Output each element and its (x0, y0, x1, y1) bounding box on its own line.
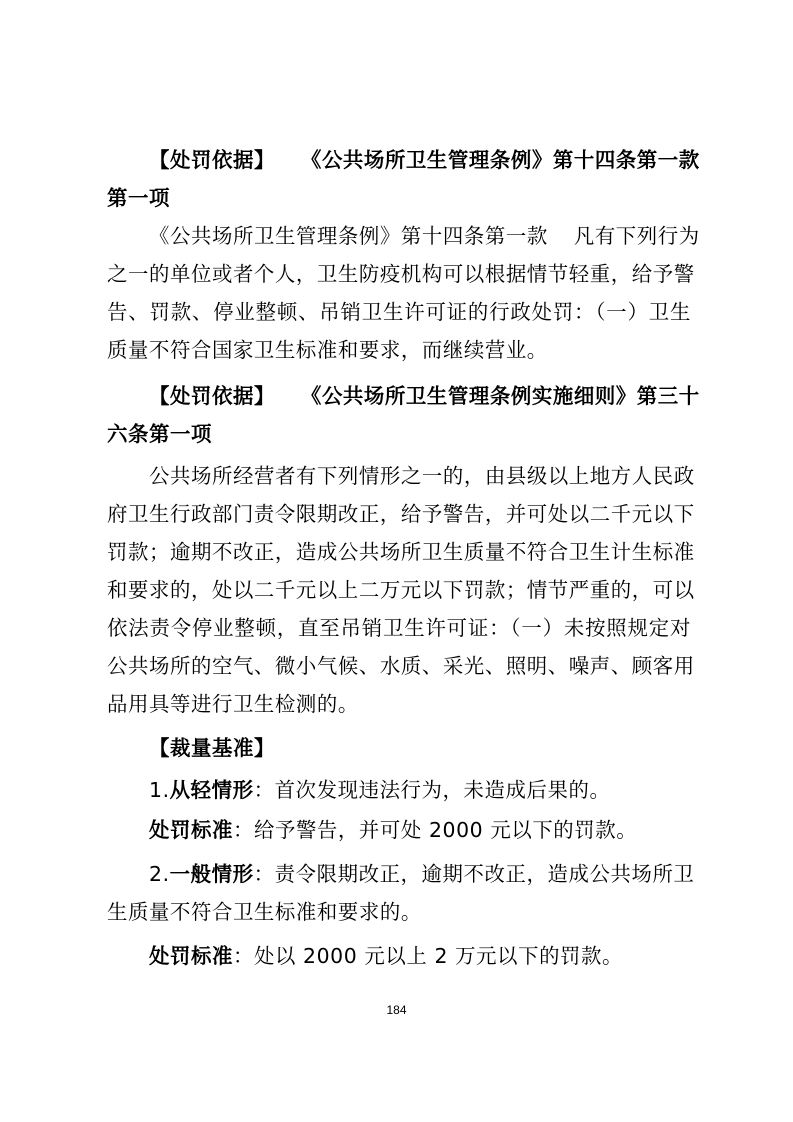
regulation-text-line: 罚款；逾期不改正，造成公共场所卫生质量不符合卫生计生标准 (107, 533, 691, 571)
item-label: 一般情形 (170, 862, 254, 886)
regulation-text-line: 依法责令停业整顿，直至吊销卫生许可证：（一）未按照规定对 (107, 609, 691, 647)
page-number: 184 (0, 1003, 793, 1017)
penalty-basis-heading-2: 【处罚依据】《公共场所卫生管理条例实施细则》第三十 (149, 377, 700, 415)
penalty-standard-text: ：给予警告，并可处 2000 元以下的罚款。 (233, 818, 637, 842)
general-circumstance-item: 2.一般情形：责令限期改正，逾期不改正，造成公共场所卫 (149, 855, 691, 893)
regulation-text-line: 公共场所经营者有下列情形之一的，由县级以上地方人民政 (149, 457, 691, 495)
discretion-standard-heading: 【裁量基准】 (149, 729, 275, 767)
penalty-basis-heading-1-cont: 第一项 (107, 179, 170, 217)
general-circumstance-item-cont: 生质量不符合卫生标准和要求的。 (107, 893, 422, 931)
regulation-text-line: 和要求的，处以二千元以上二万元以下罚款；情节严重的，可以 (107, 571, 691, 609)
item-text: ：首次发现违法行为，未造成后果的。 (254, 778, 611, 802)
regulation-text-line: 《公共场所卫生管理条例》第十四条第一款凡有下列行为 (149, 217, 700, 255)
regulation-text-line: 之一的单位或者个人，卫生防疫机构可以根据情节轻重，给予警 (107, 255, 691, 293)
regulation-reference: 《公共场所卫生管理条例实施细则》第三十 (301, 384, 700, 408)
penalty-basis-label: 【处罚依据】 (149, 384, 275, 408)
item-text: ：责令限期改正，逾期不改正，造成公共场所卫 (254, 862, 695, 886)
item-label: 从轻情形 (170, 778, 254, 802)
penalty-basis-label: 【处罚依据】 (149, 148, 275, 172)
regulation-reference: 《公共场所卫生管理条例》第十四条第一款 (301, 148, 700, 172)
lenient-penalty-standard: 处罚标准：给予警告，并可处 2000 元以下的罚款。 (149, 811, 637, 849)
penalty-basis-heading-1: 【处罚依据】《公共场所卫生管理条例》第十四条第一款 (149, 141, 700, 179)
regulation-text-line: 府卫生行政部门责令限期改正，给予警告，并可处以二千元以下 (107, 495, 691, 533)
item-number: 1. (149, 778, 170, 802)
regulation-text-line: 品用具等进行卫生检测的。 (107, 685, 359, 723)
lenient-circumstance-item: 1.从轻情形：首次发现违法行为，未造成后果的。 (149, 771, 610, 809)
general-penalty-standard: 处罚标准：处以 2000 元以上 2 万元以下的罚款。 (149, 937, 623, 975)
regulation-text-line: 质量不符合国家卫生标准和要求，而继续营业。 (107, 331, 548, 369)
penalty-standard-text: ：处以 2000 元以上 2 万元以下的罚款。 (233, 944, 623, 968)
regulation-text-line: 告、罚款、停业整顿、吊销卫生许可证的行政处罚：（一）卫生 (107, 293, 691, 331)
penalty-standard-label: 处罚标准 (149, 818, 233, 842)
penalty-basis-heading-2-cont: 六条第一项 (107, 415, 212, 453)
item-number: 2. (149, 862, 170, 886)
penalty-standard-label: 处罚标准 (149, 944, 233, 968)
regulation-text-line: 公共场所的空气、微小气候、水质、采光、照明、噪声、顾客用 (107, 647, 691, 685)
